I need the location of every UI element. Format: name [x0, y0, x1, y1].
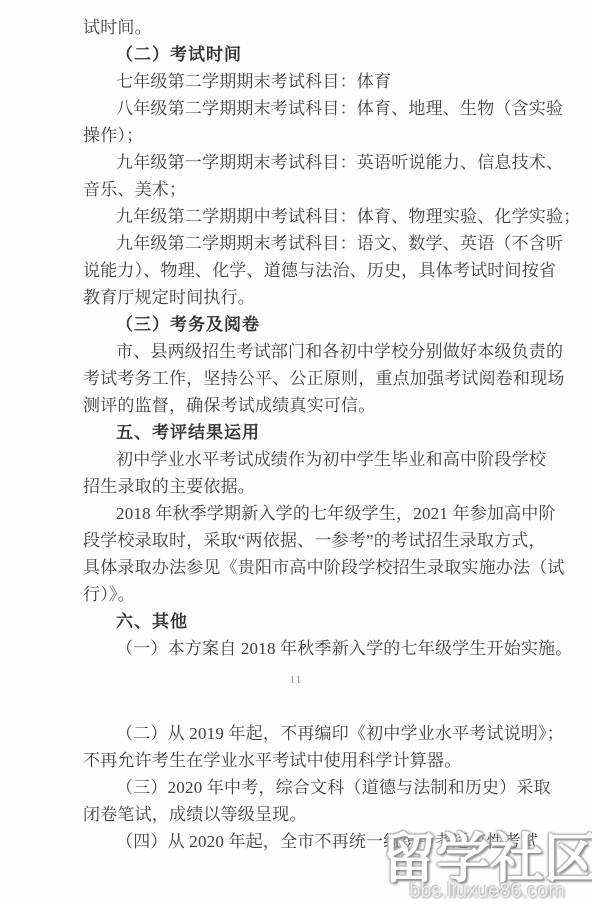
- text-line: 测评的监督，确保考试成绩真实可信。: [83, 392, 572, 419]
- text-line: 说能力）、物理、化学、道德与法治、历史，具体考试时间按省: [83, 257, 572, 284]
- text-line: 七年级第二学期期末考试科目：体育: [83, 68, 572, 95]
- text-line: 不再允许考生在学业水平考试中使用科学计算器。: [83, 747, 572, 774]
- text-line: 音乐、美术；: [83, 176, 572, 203]
- text-line: （一）本方案自 2018 年秋季新入学的七年级学生开始实施。: [83, 635, 572, 662]
- page-number: 11: [83, 667, 509, 694]
- text-line: 具体录取办法参见《贵阳市高中阶段学校招生录取实施办法（试: [83, 554, 572, 581]
- text-line: 考试考务工作，坚持公平、公正原则，重点加强考试阅卷和现场: [83, 365, 572, 392]
- text-line: （三）2020 年中考，综合文科（道德与法制和历史）采取: [83, 774, 572, 801]
- text-line: 试时间。: [83, 14, 572, 41]
- text-line: 行）》。: [83, 581, 572, 608]
- text-line: 八年级第二学期期末考试科目：体育、地理、生物（含实验: [83, 95, 572, 122]
- text-line: 段学校录取时，采取“两依据、一参考”的考试招生录取方式，: [83, 527, 572, 554]
- section-heading-others: 六、其他: [83, 608, 572, 635]
- text-line: 闭卷笔试，成绩以等级呈现。: [83, 801, 572, 828]
- section-heading-result-usage: 五、考评结果运用: [83, 419, 572, 446]
- document-page: 试时间。 （二）考试时间 七年级第二学期期末考试科目：体育 八年级第二学期期末考…: [0, 0, 592, 904]
- text-line: 九年级第二学期期中考试科目：体育、物理实验、化学实验；: [83, 203, 572, 230]
- text-line: 操作）；: [83, 122, 572, 149]
- text-line: 九年级第一学期期末考试科目：英语听说能力、信息技术、: [83, 149, 572, 176]
- section-heading-exam-time: （二）考试时间: [83, 41, 572, 68]
- text-line: 教育厅规定时间执行。: [83, 284, 572, 311]
- text-line: 初中学业水平考试成绩作为初中学生毕业和高中阶段学校: [83, 446, 572, 473]
- text-line: （四）从 2020 年起，全市不再统一组织中考适应性考试: [83, 828, 572, 855]
- text-line: 九年级第二学期期末考试科目：语文、数学、英语（不含听: [83, 230, 572, 257]
- text-line: 招生录取的主要依据。: [83, 473, 572, 500]
- document-body: 试时间。 （二）考试时间 七年级第二学期期末考试科目：体育 八年级第二学期期末考…: [83, 14, 572, 855]
- text-line: 2018 年秋季学期新入学的七年级学生，2021 年参加高中阶: [83, 500, 572, 527]
- text-line: 市、县两级招生考试部门和各初中学校分别做好本级负责的: [83, 338, 572, 365]
- watermark-url: bbs.liuxue86.com: [382, 880, 592, 902]
- section-heading-exam-admin: （三）考务及阅卷: [83, 311, 572, 338]
- text-line: （二）从 2019 年起，不再编印《初中学业水平考试说明》；: [83, 720, 572, 747]
